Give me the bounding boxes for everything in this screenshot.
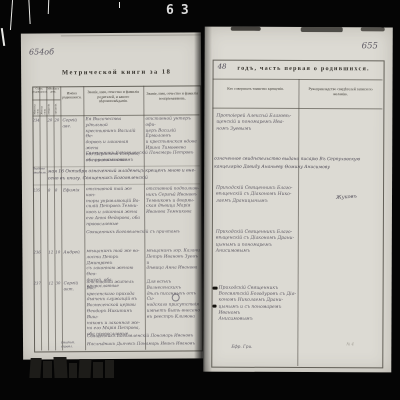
officiant-entry: Приходскій Священникъ Всесвятскій Богоду… <box>218 286 300 324</box>
ink-circle-mark <box>172 294 180 302</box>
page-edge-fringe <box>30 357 180 381</box>
film-frame-number: 63 <box>166 3 196 18</box>
clergy-signature: Священникъ Богоявленскій Понамарь Петров… <box>86 149 200 155</box>
baptism-day: 8 <box>55 187 61 192</box>
edge-blotch <box>361 27 385 31</box>
clergy-signature: Священникъ Богоявленскій съ причтомъ <box>86 228 196 234</box>
film-scratch <box>1 28 5 46</box>
godparents-entry: отставной унтеръ офи- церъ Василій Ермол… <box>145 116 199 151</box>
header-officiant: Кто совершалъ таинство крещенія. <box>218 87 292 92</box>
corner-note: Свидѣт. справл. <box>61 341 81 348</box>
clergy-signature: Наслѣдникъ Дьячекъ Понамарь Иванъ Иванов… <box>87 340 201 346</box>
right-page: 655 48 годъ, часть первая о родившихся. … <box>203 27 393 373</box>
child-name: Сергій авг. <box>62 117 82 128</box>
header-month-birth: рожденія. <box>47 100 50 114</box>
entry-number: 234 <box>32 118 39 123</box>
left-page-title: Метрической книги за 18 <box>32 68 201 76</box>
birth-day: 12 <box>49 280 55 285</box>
year-handwritten: 48 <box>218 63 227 71</box>
film-scratch <box>119 2 120 8</box>
baptism-day: 30 <box>56 280 62 285</box>
child-name: Ефимія <box>63 187 83 193</box>
right-page-title: годъ, часть первая о родившихся. <box>229 65 379 73</box>
ink-blot <box>213 287 218 290</box>
header-godparents: Званіе, имя, отчество и фамилія воспріем… <box>145 91 199 101</box>
header-count-female: Женска пола. <box>40 100 46 114</box>
edge-blotch <box>231 27 261 31</box>
page-top-shadow <box>61 34 201 36</box>
header-count-male: Мужеска пола. <box>33 101 39 115</box>
footnote-scribble: Ефр. Гри. <box>231 344 252 349</box>
birth-day: 8 <box>48 187 54 192</box>
film-scratch <box>48 0 49 14</box>
clergy-signature: съ причтомъ своимъ <box>86 157 146 162</box>
header-count-group: Счетъ родившихся. <box>32 87 46 94</box>
film-scratch <box>28 0 30 24</box>
godparents-entry: мѣщанинъ гор. Казани Петръ Ивановъ Зуевъ… <box>146 248 200 272</box>
edge-blotch <box>301 27 343 32</box>
annotation-side-note: Выдано свидѣт. <box>33 167 47 174</box>
book-gutter-shadow <box>194 26 212 373</box>
film-scratch <box>10 0 13 30</box>
left-page: 654об Метрической книги за 18 Счетъ роди… <box>21 32 203 359</box>
header-parents: Званіе, имя, отчество и фамилія родителе… <box>85 90 141 104</box>
clergy-signature: Священникъ Богоявленскій Понамарь Иванов… <box>87 332 201 338</box>
entry-number: 235 <box>33 188 40 193</box>
header-signatures: Рукоприкладство свидѣтелей записи по жел… <box>304 87 376 97</box>
ink-blot <box>213 305 217 308</box>
marginal-annotation: мая 16 Октября означенный младенецъ крещ… <box>48 167 200 183</box>
film-scan: { "film": { "frame_number": "63" }, "col… <box>0 0 400 400</box>
birth-day: 20 <box>47 117 53 122</box>
marginal-annotation: означенное свидѣтельство выдано писарю В… <box>214 156 379 173</box>
child-name: Сергій окт. <box>64 280 84 291</box>
header-month-baptism: крещенія. <box>54 100 57 114</box>
parents-entry: отставной житель Вос- кресенскаго приход… <box>87 280 143 338</box>
officiant-entry: Приходскій Священникъ Благо- вѣщенскій с… <box>216 186 296 206</box>
left-page-number: 654об <box>29 47 54 56</box>
parents-entry: отставной той же кон- торы управляющій В… <box>86 187 142 228</box>
pencil-note: № 4 <box>346 341 354 346</box>
birth-day: 12 <box>48 249 54 254</box>
header-month-group: Мѣсяцъ и день. <box>46 87 60 94</box>
right-page-number: 655 <box>362 41 378 51</box>
entry-number: 236 <box>33 250 40 255</box>
godparents-entry: отставной подполков- никъ Сергѣй Ивановъ… <box>146 186 200 215</box>
header-names: Имена родившихся. <box>61 91 82 100</box>
child-name: Андрей <box>63 249 83 255</box>
baptism-day: 10 <box>55 249 61 254</box>
entry-number: 237 <box>34 281 41 286</box>
baptism-day: 20 <box>54 117 60 122</box>
officiant-entry: Протоіерей Алексѣй Благовѣ- щенскій и по… <box>216 114 296 134</box>
officiant-entry: Приходскій Священникъ Благо- вѣщенскій с… <box>216 230 298 256</box>
